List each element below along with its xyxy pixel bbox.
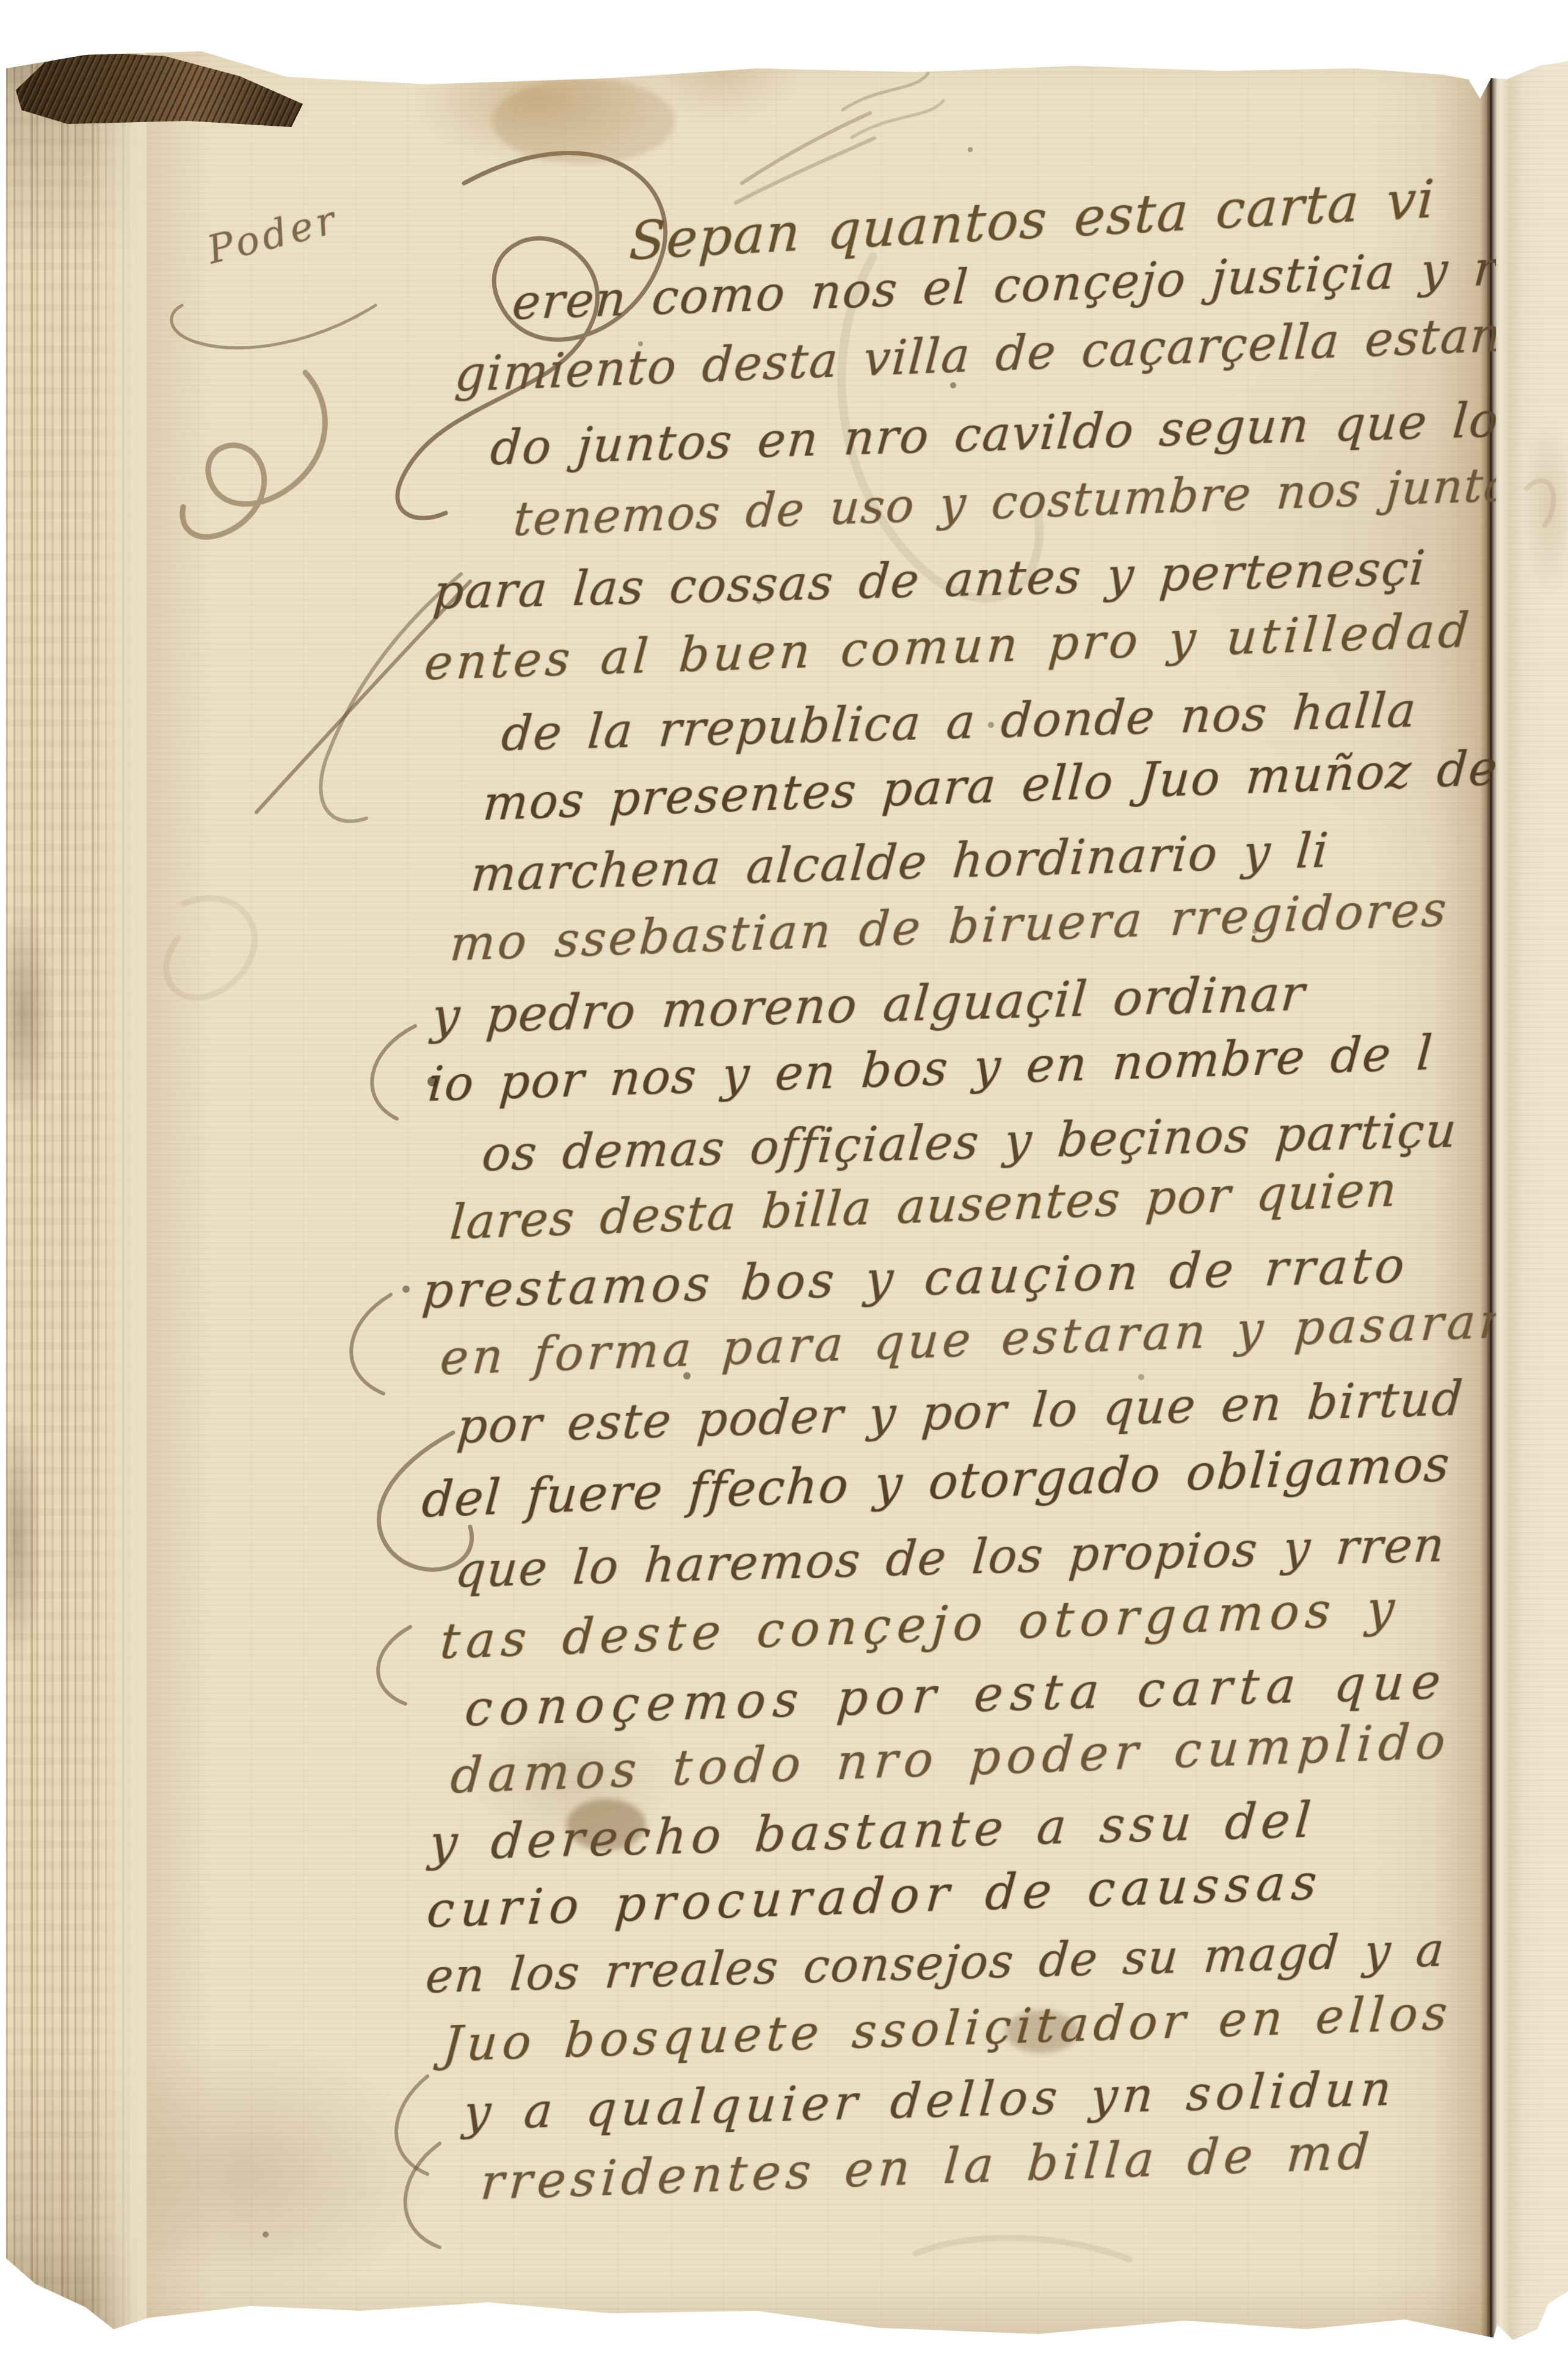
ink-specks: [0, 0, 4, 4]
ink-smudge: [567, 1799, 646, 1850]
manuscript-line: para las cossas de antes y pertenesçi: [431, 541, 1428, 620]
margin-annotation-poder: Poder: [203, 197, 343, 274]
bleedthrough-ghost: [1526, 481, 1553, 525]
ink-smudge: [1005, 2010, 1078, 2053]
paper-stain: [492, 78, 675, 164]
open-book: Poder Sepan quantos esta carta vi eren c…: [0, 0, 1568, 2367]
handwriting-layer: Poder Sepan quantos esta carta vi eren c…: [0, 0, 1568, 2367]
manuscript-line: y pedro moreno alguaçil ordinar: [430, 965, 1308, 1045]
manuscript-scan: Poder Sepan quantos esta carta vi eren c…: [0, 0, 1568, 2367]
